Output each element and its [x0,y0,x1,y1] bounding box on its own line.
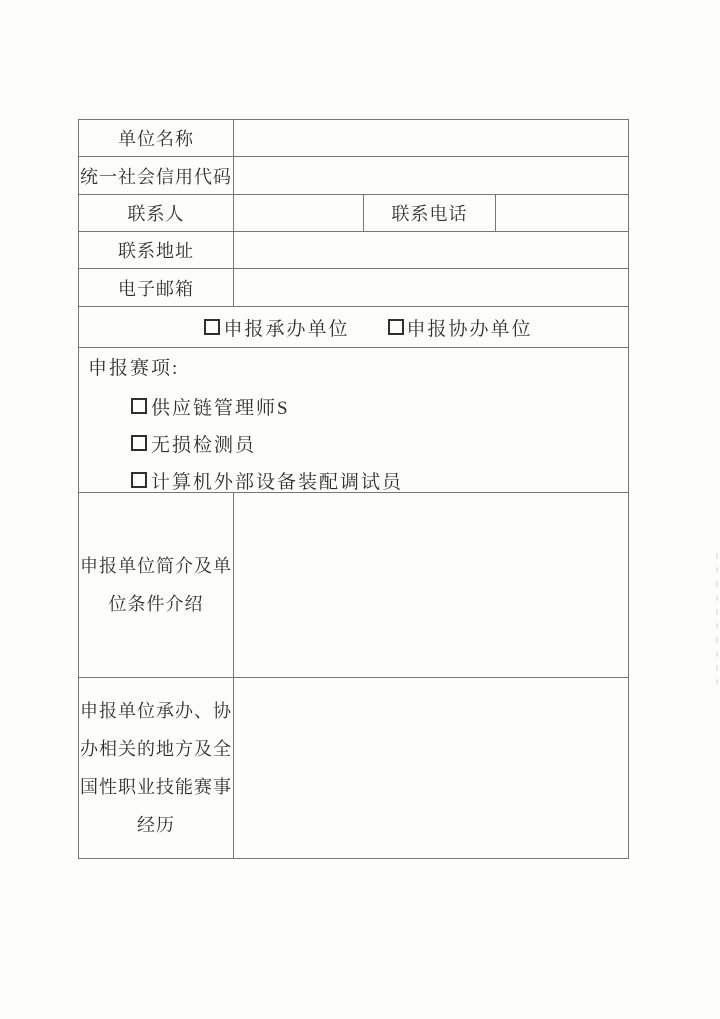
ndt-inspector-option-label: 无损检测员 [151,430,256,457]
event-option-computer-peripheral: 计算机外部设备装配调试员 [131,468,628,492]
supply-chain-checkbox-icon[interactable] [131,398,147,414]
email-label: 电子邮箱 [79,269,234,306]
row-declared-events: 申报赛项: 供应链管理师S 无损检测员 计算机外部设备装配调试员 [79,348,628,493]
application-form-table: 单位名称 统一社会信用代码 联系人 联系电话 联系地址 电子邮箱 [78,119,629,859]
ndt-inspector-checkbox-icon[interactable] [131,435,147,451]
role-checkbox-group: 申报承办单位 申报协办单位 [79,307,628,347]
scanned-form-page: 单位名称 统一社会信用代码 联系人 联系电话 联系地址 电子邮箱 [0,0,720,1019]
co-organizer-option-label: 申报协办单位 [407,314,533,341]
email-input-cell[interactable] [234,269,628,306]
event-option-supply-chain: 供应链管理师S [131,394,628,418]
host-unit-option: 申报承办单位 [204,314,349,341]
computer-peripheral-option-label: 计算机外部设备装配调试员 [151,467,403,494]
computer-peripheral-checkbox-icon[interactable] [131,472,147,488]
co-organizer-checkbox-icon[interactable] [388,319,404,335]
unit-introduction-label: 申报单位简介及单 位条件介绍 [80,547,232,623]
row-email: 电子邮箱 [79,269,628,307]
contact-person-input-cell[interactable] [234,195,364,231]
unit-introduction-input-cell[interactable] [234,493,628,677]
row-event-experience: 申报单位承办、协 办相关的地方及全 国性职业技能赛事 经历 [79,678,628,858]
event-experience-label: 申报单位承办、协 办相关的地方及全 国性职业技能赛事 经历 [80,692,232,844]
contact-person-label: 联系人 [79,195,234,231]
contact-phone-label: 联系电话 [364,195,496,231]
row-contacts: 联系人 联系电话 [79,195,628,232]
contact-address-label: 联系地址 [79,232,234,268]
supply-chain-option-label: 供应链管理师S [151,393,290,420]
host-unit-checkbox-icon[interactable] [204,319,220,335]
row-unit-name: 单位名称 [79,120,628,157]
unit-name-input-cell[interactable] [234,120,628,156]
host-unit-option-label: 申报承办单位 [223,314,349,341]
event-experience-input-cell[interactable] [234,678,628,858]
row-credit-code: 统一社会信用代码 [79,157,628,195]
row-unit-introduction: 申报单位简介及单 位条件介绍 [79,493,628,678]
contact-address-input-cell[interactable] [234,232,628,268]
unit-name-label: 单位名称 [79,120,234,156]
co-organizer-option: 申报协办单位 [388,314,533,341]
declared-events-title: 申报赛项: [88,357,628,381]
event-option-ndt-inspector: 无损检测员 [131,431,628,455]
row-role-checkboxes: 申报承办单位 申报协办单位 [79,307,628,348]
scanner-artifact [716,553,718,688]
contact-phone-input-cell[interactable] [496,195,628,231]
row-contact-address: 联系地址 [79,232,628,269]
declared-events-section: 申报赛项: 供应链管理师S 无损检测员 计算机外部设备装配调试员 [79,348,628,492]
credit-code-input-cell[interactable] [234,157,628,194]
credit-code-label: 统一社会信用代码 [79,157,234,194]
